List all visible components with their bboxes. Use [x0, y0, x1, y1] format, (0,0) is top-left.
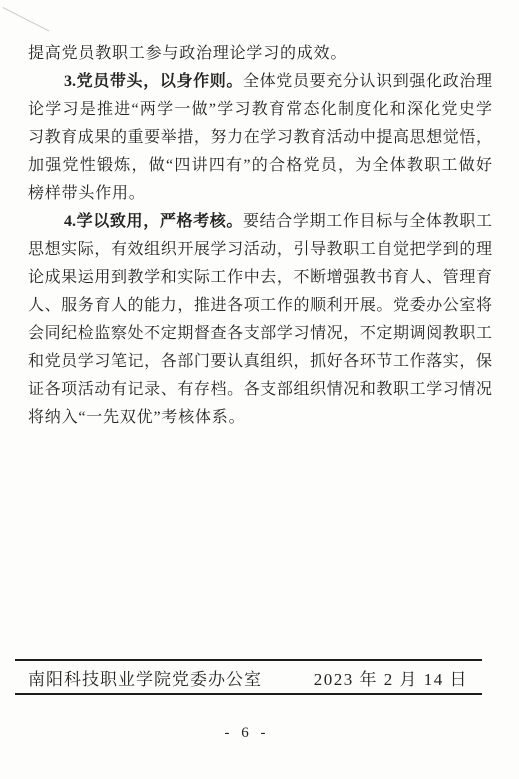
text-run: 会同纪检监察处不定期督查各支部学习情况，不定期调阅教职工	[28, 325, 492, 342]
text-line: 人、服务育人的能力，推进各项工作的顺利开展。党委办公室将	[28, 292, 492, 320]
paragraph-heading: 4.学以致用，严格考核。	[64, 213, 243, 230]
text-run: 论成果运用到教学和实际工作中去，不断增强教书育人、管理育	[28, 269, 492, 286]
text-line: 和党员学习笔记，各部门要认真组织，抓好各环节工作落实，保	[28, 348, 492, 376]
footer-issuer: 南阳科技职业学院党委办公室	[28, 665, 262, 690]
text-line: 习教育成果的重要举措，努力在学习教育活动中提高思想觉悟，	[28, 124, 492, 152]
text-line: 榜样带头作用。	[28, 180, 492, 208]
footer-date: 2023 年 2 月 14 日	[314, 665, 468, 690]
text-line: 4.学以致用，严格考核。要结合学期工作目标与全体教职工	[28, 208, 492, 236]
text-run: 榜样带头作用。	[28, 185, 146, 202]
text-line: 3.党员带头，以身作则。全体党员要充分认识到强化政治理	[28, 68, 492, 96]
text-line: 加强党性锻炼，做“四讲四有”的合格党员，为全体教职工做好	[28, 152, 492, 180]
scan-artifact	[3, 7, 50, 31]
paragraph-heading: 3.党员带头，以身作则。	[64, 73, 243, 90]
text-run: 全体党员要充分认识到强化政治理	[243, 73, 492, 90]
footer: 南阳科技职业学院党委办公室 2023 年 2 月 14 日	[15, 659, 482, 695]
text-run: 提高党员教职工参与政治理论学习的成效。	[28, 45, 347, 62]
text-run: 加强党性锻炼，做“四讲四有”的合格党员，为全体教职工做好	[28, 157, 492, 174]
text-run: 习教育成果的重要举措，努力在学习教育活动中提高思想觉悟，	[28, 129, 492, 146]
text-run: 思想实际，有效组织开展学习活动，引导教职工自觉把学到的理	[28, 241, 492, 258]
text-run: 证各项活动有记录、有存档。各支部组织情况和教职工学习情况	[28, 381, 492, 398]
document-page: 提高党员教职工参与政治理论学习的成效。3.党员带头，以身作则。全体党员要充分认识…	[0, 0, 519, 779]
text-run: 人、服务育人的能力，推进各项工作的顺利开展。党委办公室将	[28, 297, 492, 314]
text-run: 论学习是推进“两学一做”学习教育常态化制度化和深化党史学	[28, 101, 492, 118]
text-run: 要结合学期工作目标与全体教职工	[243, 213, 492, 230]
text-line: 将纳入“一先双优”考核体系。	[28, 404, 492, 432]
text-line: 证各项活动有记录、有存档。各支部组织情况和教职工学习情况	[28, 376, 492, 404]
body-text: 提高党员教职工参与政治理论学习的成效。3.党员带头，以身作则。全体党员要充分认识…	[28, 40, 492, 432]
text-run: 将纳入“一先双优”考核体系。	[28, 409, 245, 426]
text-line: 论成果运用到教学和实际工作中去，不断增强教书育人、管理育	[28, 264, 492, 292]
page-number: - 6 -	[0, 725, 494, 742]
text-line: 论学习是推进“两学一做”学习教育常态化制度化和深化党史学	[28, 96, 492, 124]
text-line: 思想实际，有效组织开展学习活动，引导教职工自觉把学到的理	[28, 236, 492, 264]
text-run: 和党员学习笔记，各部门要认真组织，抓好各环节工作落实，保	[28, 353, 492, 370]
text-line: 会同纪检监察处不定期督查各支部学习情况，不定期调阅教职工	[28, 320, 492, 348]
text-line: 提高党员教职工参与政治理论学习的成效。	[28, 40, 492, 68]
